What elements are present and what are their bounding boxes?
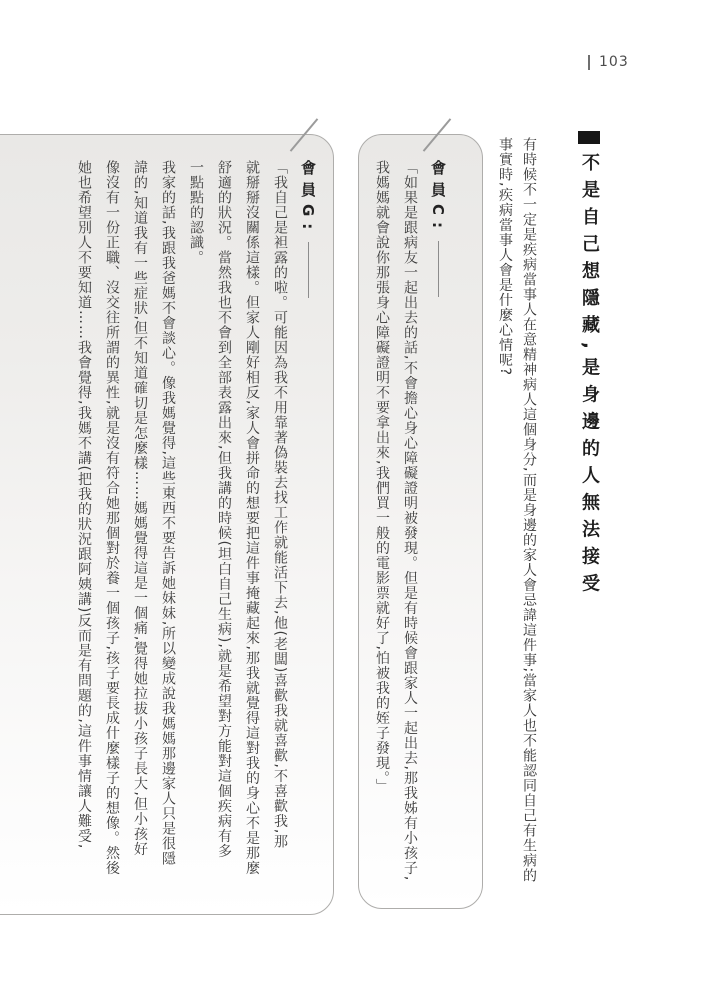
intro-paragraph: 有時候不一定是疾病當事人在意精神病人這個身分,而是身邊的家人會忌諱這件事;當家人… (491, 137, 541, 957)
speech-bubble-member-c: 會員C: 「如果是跟病友一起出去的話,不會擔心身心障礙證明被發現。但是有時候會跟… (358, 134, 483, 909)
speaker-label: 會員C: (424, 160, 452, 896)
speech-bubble-member-g: 會員G: 「我自己是袒露的啦。可能因為我不用靠著偽裝去找工作就能活下去,他(老闆… (0, 134, 334, 915)
bubble-content: 會員C: 「如果是跟病友一起出去的話,不會擔心身心障礙證明被發現。但是有時候會跟… (359, 160, 452, 896)
section-bullet-icon (578, 131, 600, 144)
quote-column: 「如果是跟病友一起出去的話,不會擔心身心障礙證明被發現。但是有時候會跟家人一起出… (396, 160, 424, 896)
quote-column: 我家的話,我跟我爸媽不會談心。像我媽覺得,這些東西不要告訴她妹妹,所以變成說我媽… (154, 160, 182, 902)
section-header: 不是自己想隱藏,是身邊的人無法接受 (572, 131, 606, 691)
intro-column: 事實時,疾病當事人會是什麼心情呢? (493, 137, 517, 957)
quote-column: 就掰掰沒關係這樣。但家人剛好相反,家人會拼命的想要把這件事掩藏起來,那我就覺得這… (238, 160, 266, 902)
quote-column: 一點點的認識。 (182, 160, 210, 902)
quote-column: 「我自己是袒露的啦。可能因為我不用靠著偽裝去找工作就能活下去,他(老闆)喜歡我就… (266, 160, 294, 902)
speaker-rule (438, 241, 439, 297)
section-title: 不是自己想隱藏,是身邊的人無法接受 (579, 153, 600, 601)
quote-column: 她也希望別人不要知道……我會覺得,我媽不講(把我的狀況跟阿姨講)反而是有問題的,… (70, 160, 98, 902)
bubble-tail-icon (423, 118, 452, 151)
speaker-name: 會員G: (299, 160, 317, 236)
speaker-rule (308, 242, 309, 298)
quote-column: 像沒有一份正職、沒交往所謂的異性,就是沒有符合她那個對於養一個孩子,孩子要長成什… (98, 160, 126, 902)
book-page: 103 不是自己想隱藏,是身邊的人無法接受 有時候不一定是疾病當事人在意精神病人… (0, 0, 708, 1000)
quote-column: 諱的,知道我有一些症狀,但不知道確切是怎麼樣……媽媽覺得這是一個痛,覺得她拉拔小… (126, 160, 154, 902)
page-number-divider (588, 55, 590, 70)
intro-column: 有時候不一定是疾病當事人在意精神病人這個身分,而是身邊的家人會忌諱這件事;當家人… (517, 137, 541, 957)
speaker-label: 會員G: (294, 160, 322, 902)
page-number: 103 (588, 54, 629, 70)
quote-column: 舒適的狀況。當然我也不會到全部表露出來,但我講的時候(坦白自己生病),就是希望對… (210, 160, 238, 902)
bubble-tail-icon (290, 118, 319, 151)
bubble-content: 會員G: 「我自己是袒露的啦。可能因為我不用靠著偽裝去找工作就能活下去,他(老闆… (0, 160, 322, 902)
quote-column: 我媽媽就會說你那張身心障礙證明不要拿出來,我們買一般的電影票就好了,怕被我的姪子… (368, 160, 396, 896)
speaker-name: 會員C: (429, 160, 447, 235)
page-number-value: 103 (599, 54, 629, 70)
